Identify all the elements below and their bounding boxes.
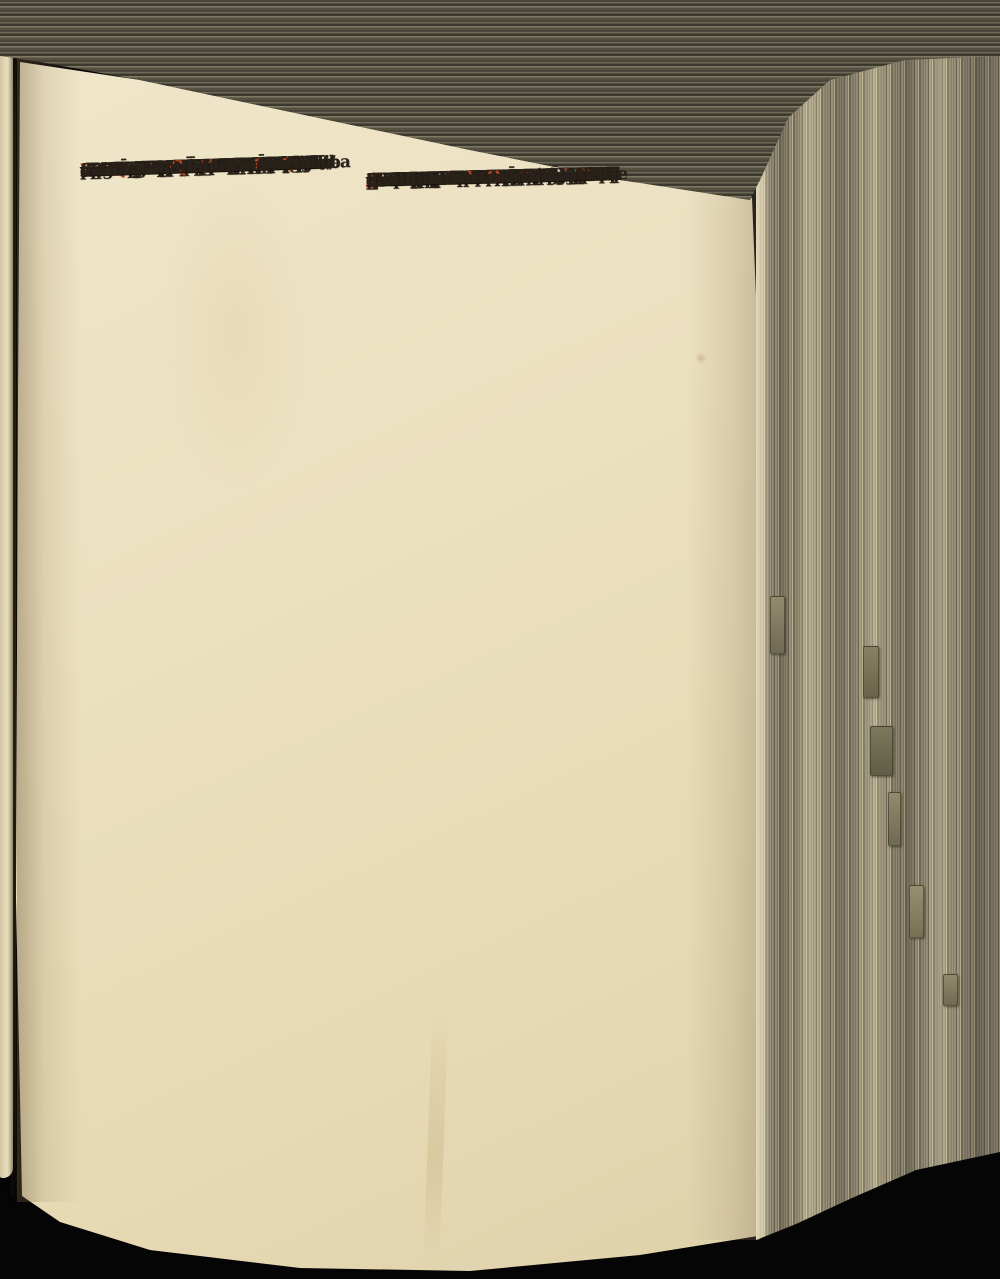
page-stain — [160, 170, 310, 490]
fore-edge-stack — [756, 0, 1000, 1279]
book-photograph: minis nō hēbit. Dēt etiā eſſenaturale z … — [0, 0, 1000, 1279]
gutter-shading — [17, 52, 81, 1202]
fore-edge-tonal-bands — [756, 0, 1000, 1279]
bookmark-tab — [770, 596, 785, 654]
bookmark-tab — [870, 726, 893, 776]
page-edge-shading — [686, 185, 760, 1240]
foxing-spot — [695, 352, 707, 364]
gutter-shadow — [13, 30, 16, 1196]
bookmark-tab — [863, 646, 879, 698]
adjacent-page-edge — [0, 26, 13, 1178]
bookmark-tab — [943, 974, 958, 1006]
bookmark-tab — [909, 885, 924, 938]
bookmark-tab — [888, 792, 901, 846]
